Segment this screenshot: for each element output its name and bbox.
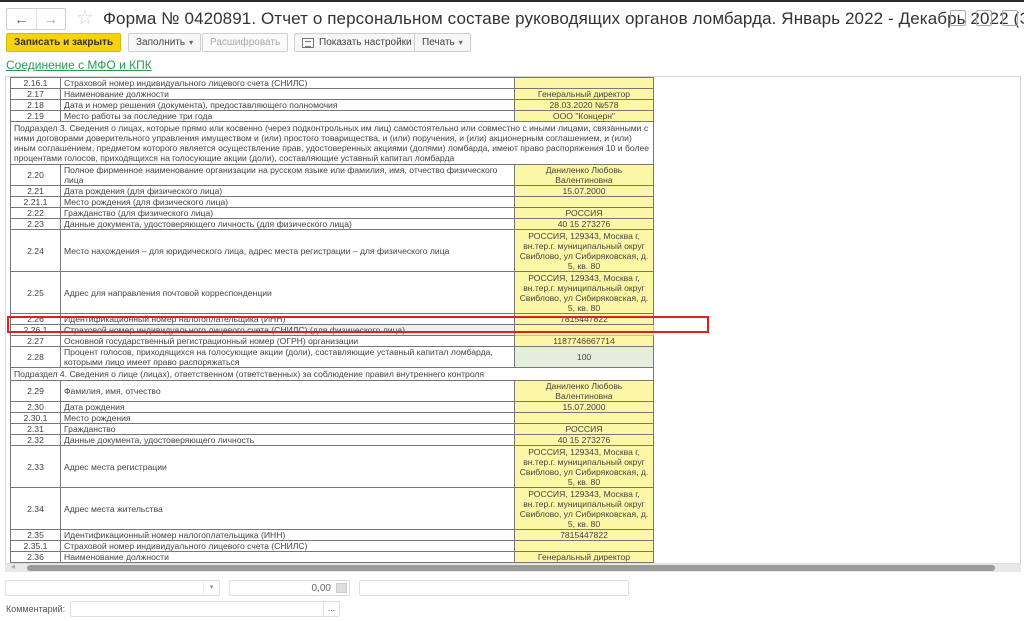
value-cell[interactable]: Даниленко Любовь Валентиновна [515,165,654,186]
row-number: 2.35.1 [11,541,61,552]
row-number: 2.18 [11,100,61,111]
table-row: 2.30.1Место рождения [11,413,654,424]
mfo-kpk-link[interactable]: Соединение с МФО и КПК [6,58,152,72]
value-cell[interactable]: Генеральный директор [515,552,654,563]
amount-value: 0,00 [312,583,331,594]
row-number: 2.30.1 [11,413,61,424]
more-button[interactable]: ... [323,602,339,616]
fill-label: Заполнить [136,37,185,48]
table-row: 2.28Процент голосов, приходящихся на гол… [11,347,654,368]
horizontal-scrollbar[interactable]: ◂ [5,563,1021,572]
back-button[interactable]: ← [7,9,36,29]
table-row: 2.21Дата рождения (для физического лица)… [11,186,654,197]
table-row: 2.33Адрес места регистрацииРОССИЯ, 12934… [11,446,654,488]
title-bar: ← → ☆ Форма № 0420891. Отчет о персональ… [0,2,1024,32]
row-number: 2.19 [11,111,61,122]
row-label: Полное фирменное наименование организаци… [61,165,515,186]
row-number: 2.21.1 [11,197,61,208]
row-label: Дата и номер решения (документа), предос… [61,100,515,111]
row-number: 2.23 [11,219,61,230]
row-label: Идентификационный номер налогоплательщик… [61,314,515,325]
preview-icon[interactable] [1002,10,1018,26]
value-cell[interactable]: 15.07.2000 [515,402,654,413]
decode-button[interactable]: Расшифровать [202,33,288,52]
toolbar: Записать и закрыть Заполнить▾ Расшифрова… [0,33,1024,53]
text-field[interactable] [359,580,629,596]
row-label: Фамилия, имя, отчество [61,381,515,402]
table-row: 2.17Наименование должностиГенеральный ди… [11,89,654,100]
row-label: Дата рождения (для физического лица) [61,186,515,197]
row-number: 2.30 [11,402,61,413]
row-number: 2.27 [11,336,61,347]
section-row: Подраздел 4. Сведения о лице (лицах), от… [11,368,654,381]
table-row: 2.31ГражданствоРОССИЯ [11,424,654,435]
value-cell[interactable]: РОССИЯ, 129343, Москва г, вн.тер.г. муни… [515,488,654,530]
row-label: Данные документа, удостоверяющего личнос… [61,435,515,446]
row-label: Страховой номер индивидуального лицевого… [61,78,515,89]
value-cell[interactable]: Даниленко Любовь Валентиновна [515,381,654,402]
row-label: Место рождения [61,413,515,424]
row-label: Место рождения (для физического лица) [61,197,515,208]
table-row: 2.16.1Страховой номер индивидуального ли… [11,78,654,89]
table-row: 2.27Основной государственный регистрацио… [11,336,654,347]
row-label: Наименование должности [61,89,515,100]
scroll-left-icon[interactable]: ◂ [11,562,15,571]
value-cell[interactable]: 7815447822 [515,530,654,541]
value-cell[interactable]: РОССИЯ, 129343, Москва г, вн.тер.г. муни… [515,446,654,488]
chevron-down-icon[interactable]: ▾ [203,581,219,595]
show-settings-label: Показать настройки [319,37,412,48]
row-number: 2.31 [11,424,61,435]
section-header: Подраздел 4. Сведения о лице (лицах), от… [11,368,654,381]
value-cell[interactable]: РОССИЯ [515,424,654,435]
show-settings-button[interactable]: Показать настройки [294,33,420,52]
value-cell[interactable] [515,325,654,336]
value-cell[interactable] [515,541,654,552]
row-number: 2.24 [11,230,61,272]
value-cell[interactable] [515,197,654,208]
value-cell[interactable]: 40 15 273276 [515,219,654,230]
value-cell[interactable]: 15.07.2000 [515,186,654,197]
window-title: Форма № 0420891. Отчет о персональном со… [103,9,1024,29]
row-number: 2.26.1 [11,325,61,336]
row-number: 2.29 [11,381,61,402]
navigation-buttons: ← → [6,8,66,30]
row-label: Идентификационный номер налогоплательщик… [61,530,515,541]
save-icon[interactable] [950,10,966,26]
row-number: 2.35 [11,530,61,541]
row-label: Процент голосов, приходящихся на голосую… [61,347,515,368]
row-number: 2.20 [11,165,61,186]
print-icon[interactable] [976,10,992,26]
table-row: 2.18Дата и номер решения (документа), пр… [11,100,654,111]
table-row: 2.26Идентификационный номер налогоплател… [11,314,654,325]
row-number: 2.22 [11,208,61,219]
table-row: 2.22Гражданство (для физического лица)РО… [11,208,654,219]
value-cell[interactable]: РОССИЯ, 129343, Москва г, вн.тер.г. муни… [515,272,654,314]
comment-label: Комментарий: [6,604,65,614]
scrollbar-thumb[interactable] [27,565,995,571]
value-cell[interactable] [515,413,654,424]
row-number: 2.16.1 [11,78,61,89]
value-cell[interactable]: РОССИЯ [515,208,654,219]
table-row: 2.26.1Страховой номер индивидуального ли… [11,325,654,336]
value-cell[interactable]: РОССИЯ, 129343, Москва г, вн.тер.г. муни… [515,230,654,272]
value-cell[interactable] [515,78,654,89]
value-cell[interactable]: 40 15 273276 [515,435,654,446]
value-cell[interactable]: Генеральный директор [515,89,654,100]
table-row: 2.35Идентификационный номер налогоплател… [11,530,654,541]
row-label: Данные документа, удостоверяющего личнос… [61,219,515,230]
row-label: Основной государственный регистрационный… [61,336,515,347]
chevron-down-icon: ▾ [189,38,193,47]
row-label: Гражданство [61,424,515,435]
report-sheet[interactable]: 2.16.1Страховой номер индивидуального ли… [5,76,1021,572]
row-label: Гражданство (для физического лица) [61,208,515,219]
section-row: Подраздел 3. Сведения о лицах, которые п… [11,122,654,165]
favorite-star-icon[interactable]: ☆ [76,7,94,29]
row-number: 2.26 [11,314,61,325]
table-row: 2.34Адрес места жительстваРОССИЯ, 129343… [11,488,654,530]
value-cell[interactable]: 1187746667714 [515,336,654,347]
value-cell[interactable]: 28.03.2020 №578 [515,100,654,111]
settings-list-icon [302,38,314,48]
table-row: 2.21.1Место рождения (для физического ли… [11,197,654,208]
row-number: 2.21 [11,186,61,197]
value-cell[interactable]: 7815447822 [515,314,654,325]
row-number: 2.34 [11,488,61,530]
section-header: Подраздел 3. Сведения о лицах, которые п… [11,122,654,165]
value-cell[interactable]: 100 [515,347,654,368]
table-row: 2.36Наименование должностиГенеральный ди… [11,552,654,563]
save-and-close-button[interactable]: Записать и закрыть [6,33,121,52]
table-row: 2.29Фамилия, имя, отчествоДаниленко Любо… [11,381,654,402]
row-label: Страховой номер индивидуального лицевого… [61,325,515,336]
amount-field[interactable]: 0,00 [229,580,350,596]
report-table: 2.16.1Страховой номер индивидуального ли… [10,77,654,572]
arrow-right-icon: → [44,11,58,27]
value-cell[interactable]: ООО "Концерн" [515,111,654,122]
table-row: 2.35.1Страховой номер индивидуального ли… [11,541,654,552]
calculator-icon[interactable] [336,583,347,593]
row-label: Адрес места жительства [61,488,515,530]
title-icons [950,10,1018,26]
table-row: 2.19Место работы за последние три годаОО… [11,111,654,122]
table-row: 2.25Адрес для направления почтовой корре… [11,272,654,314]
row-label: Страховой номер индивидуального лицевого… [61,541,515,552]
row-label: Адрес для направления почтовой корреспон… [61,272,515,314]
row-number: 2.28 [11,347,61,368]
row-number: 2.25 [11,272,61,314]
forward-button[interactable]: → [36,9,66,29]
row-label: Адрес места регистрации [61,446,515,488]
table-row: 2.20Полное фирменное наименование органи… [11,165,654,186]
row-number: 2.32 [11,435,61,446]
fill-button[interactable]: Заполнить▾ [128,33,201,52]
row-number: 2.36 [11,552,61,563]
table-row: 2.24Место нахождения – для юридического … [11,230,654,272]
table-row: 2.23Данные документа, удостоверяющего ли… [11,219,654,230]
row-label: Место нахождения – для юридического лица… [61,230,515,272]
table-row: 2.30Дата рождения15.07.2000 [11,402,654,413]
comment-input[interactable]: ... [70,601,340,617]
print-button[interactable]: Печать▾ [414,33,471,52]
row-number: 2.17 [11,89,61,100]
row-label: Место работы за последние три года [61,111,515,122]
select-field[interactable]: ▾ [5,580,220,596]
row-label: Дата рождения [61,402,515,413]
row-label: Наименование должности [61,552,515,563]
row-number: 2.33 [11,446,61,488]
print-label: Печать [422,37,455,48]
chevron-down-icon: ▾ [459,38,463,47]
arrow-left-icon: ← [14,11,28,27]
table-row: 2.32Данные документа, удостоверяющего ли… [11,435,654,446]
